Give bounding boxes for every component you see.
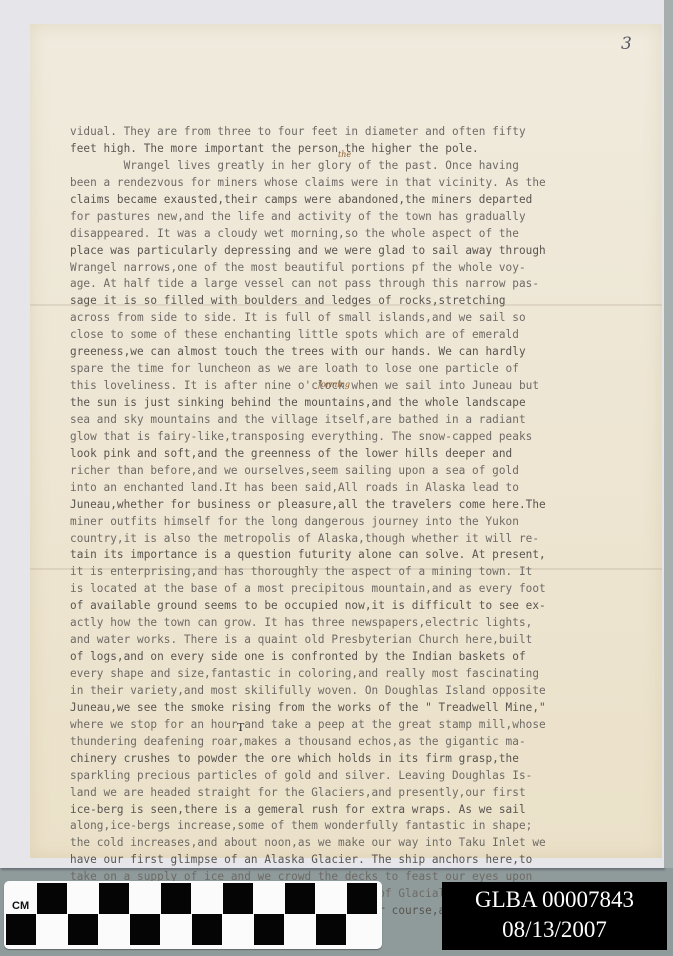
text-line: spare the time for luncheon as we are lo… — [70, 361, 640, 378]
text-line: Wrangel lives greatly in her glory of th… — [70, 158, 640, 175]
text-line: greeness,we can almost touch the trees w… — [70, 344, 640, 361]
text-line: the cold increases,and about noon,as we … — [70, 835, 640, 852]
text-line: richer than before,and we ourselves,seem… — [70, 463, 640, 480]
scale-square — [316, 914, 346, 945]
text-line: miner outfits himself for the long dange… — [70, 514, 640, 531]
text-line: actly how the town can grow. It has thre… — [70, 615, 640, 632]
scale-bar: CM — [4, 881, 382, 949]
text-line: where we stop for an hour,and take a pee… — [70, 717, 640, 734]
scale-square — [37, 883, 67, 914]
scale-bar-label: CM — [12, 900, 29, 912]
scale-square — [6, 914, 36, 945]
text-line: close to some of these enchanting little… — [70, 327, 640, 344]
text-line: along,ice-bergs increase,some of them wo… — [70, 818, 640, 835]
text-line: Juneau,we see the smoke rising from the … — [70, 700, 640, 717]
text-line: Juneau,whether for business or pleasure,… — [70, 497, 640, 514]
text-line: sea and sky mountains and the village it… — [70, 412, 640, 429]
text-line: every shape and size,fantastic in colori… — [70, 666, 640, 683]
text-line: it is enterprising,and has thoroughly th… — [70, 564, 640, 581]
text-line: claims became exausted,their camps were … — [70, 192, 640, 209]
catalog-date: 08/13/2007 — [442, 915, 667, 945]
scale-square — [254, 914, 284, 945]
text-line: feet high. The more important the person… — [70, 141, 640, 158]
scale-square — [192, 914, 222, 945]
handwritten-correction: the — [338, 150, 351, 159]
handwritten-correction: forming — [318, 380, 350, 389]
text-line: look pink and soft,and the greenness of … — [70, 446, 640, 463]
text-line: chinery crushes to powder the ore which … — [70, 751, 640, 768]
text-line: of logs,and on every side one is confron… — [70, 649, 640, 666]
text-line: disappeared. It was a cloudy wet morning… — [70, 226, 640, 243]
text-line: into an enchanted land.It has been said,… — [70, 480, 640, 497]
text-line: sage it is so filled with boulders and l… — [70, 293, 640, 310]
text-line: place was particularly depressing and we… — [70, 243, 640, 260]
scale-square — [68, 914, 98, 945]
text-line: glow that is fairy-like,transposing ever… — [70, 429, 640, 446]
page-number: 3 — [621, 34, 632, 54]
text-line: and water works. There is a quaint old P… — [70, 632, 640, 649]
text-line: country,it is also the metropolis of Ala… — [70, 531, 640, 548]
text-line: across from side to side. It is full of … — [70, 310, 640, 327]
text-line: Wrangel narrows,one of the most beautifu… — [70, 260, 640, 277]
scale-square — [161, 883, 191, 914]
typed-text-body: vidual. They are from three to four feet… — [70, 124, 640, 920]
text-line: for pastures new,and the life and activi… — [70, 209, 640, 226]
scale-square — [347, 883, 377, 914]
scale-square — [130, 914, 160, 945]
text-line: of available ground seems to be occupied… — [70, 598, 640, 615]
scale-square — [285, 883, 315, 914]
text-line: in their variety,and most skilifully wov… — [70, 683, 640, 700]
catalog-label: GLBA 00007843 08/13/2007 — [442, 882, 667, 950]
text-line: thundering deafening roar,makes a thousa… — [70, 734, 640, 751]
handwritten-correction: T — [237, 721, 244, 734]
text-line: age. At half tide a large vessel can not… — [70, 276, 640, 293]
text-line: this loveliness. It is after nine o'cloc… — [70, 378, 640, 395]
text-line: vidual. They are from three to four feet… — [70, 124, 640, 141]
text-line: have our first glimpse of an Alaska Glac… — [70, 852, 640, 869]
text-line: tain its importance is a question futuri… — [70, 547, 640, 564]
text-line: the sun is just sinking behind the mount… — [70, 395, 640, 412]
text-line: land we are headed straight for the Glac… — [70, 785, 640, 802]
scale-square — [223, 883, 253, 914]
text-line: sparkling precious particles of gold and… — [70, 768, 640, 785]
text-line: been a rendezvous for miners whose claim… — [70, 175, 640, 192]
catalog-id: GLBA 00007843 — [442, 885, 667, 915]
scale-square — [99, 883, 129, 914]
mount-edge — [664, 0, 673, 868]
text-line: ice-berg is seen,there is a gemeral rush… — [70, 802, 640, 819]
text-line: is located at the base of a most precipi… — [70, 581, 640, 598]
